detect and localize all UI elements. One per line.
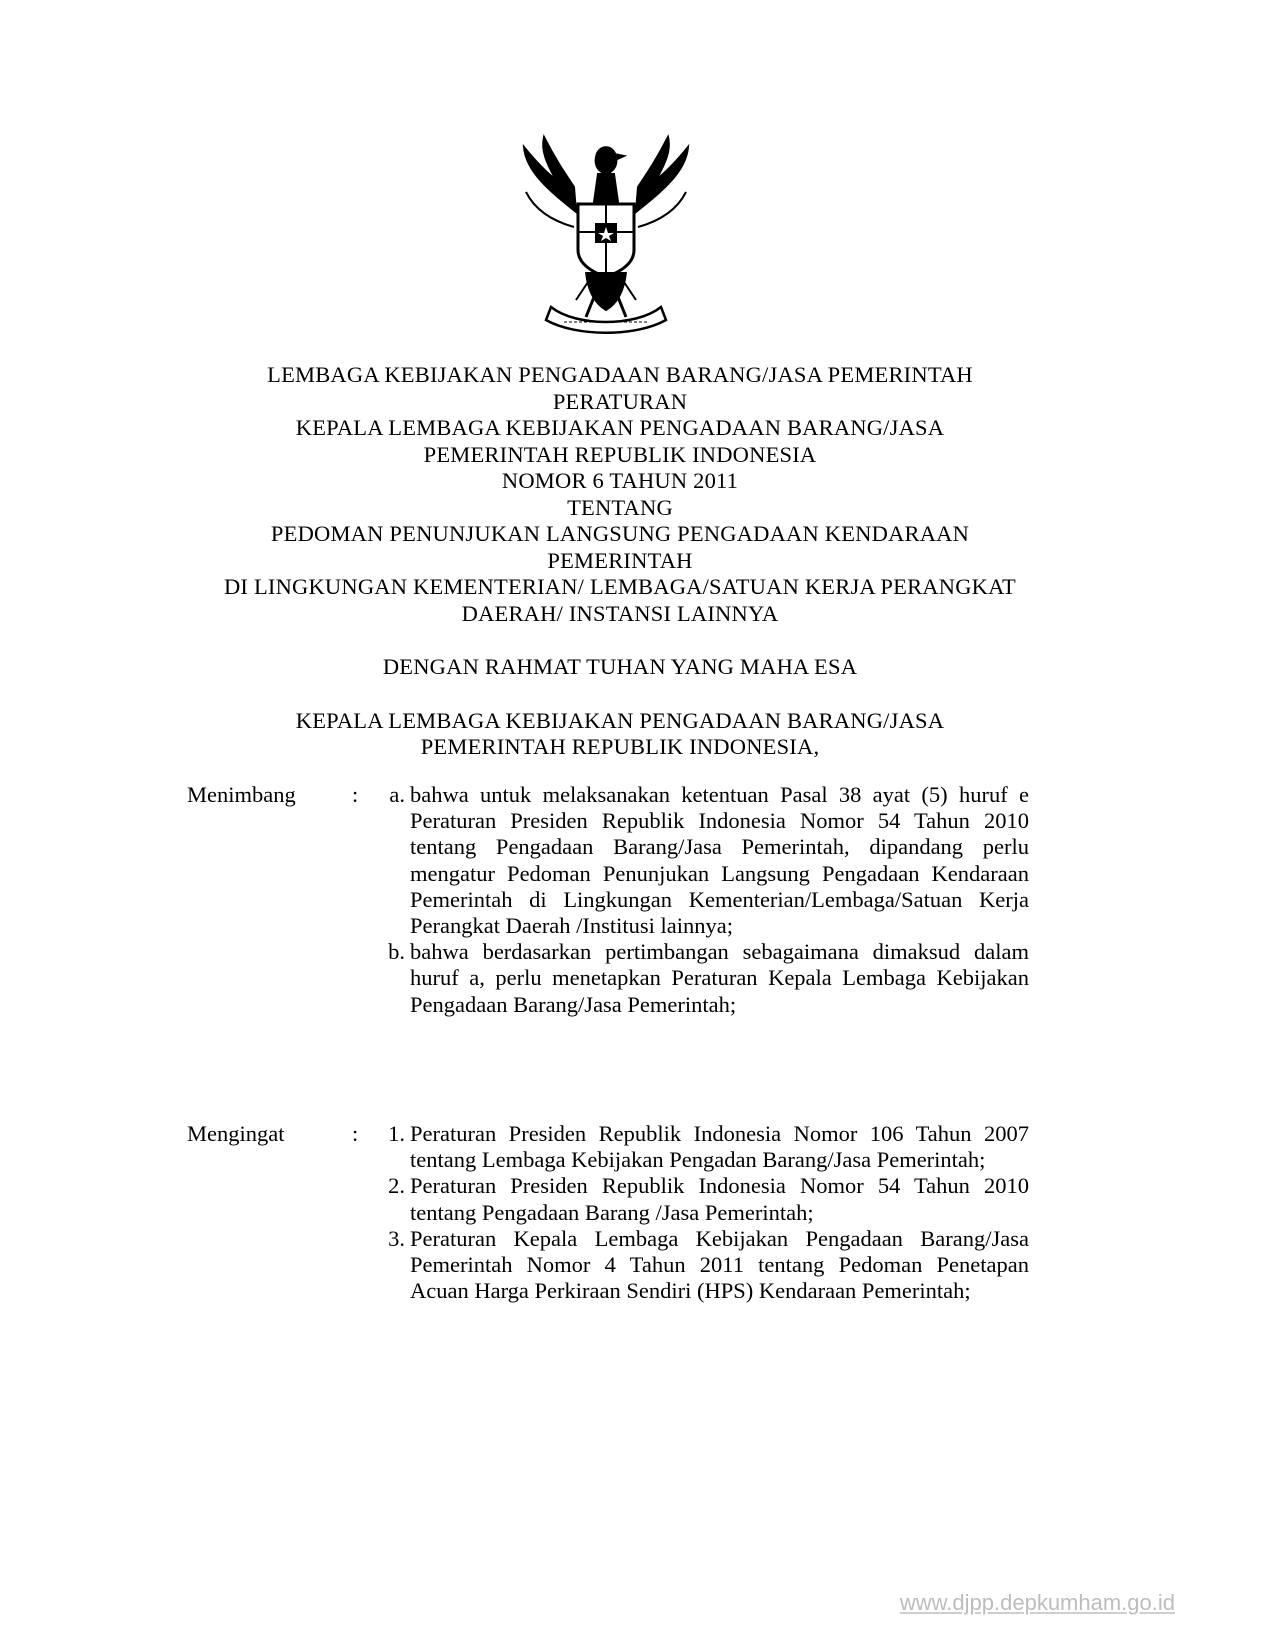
- item-text: Peraturan Presiden Republik Indonesia No…: [405, 1173, 1029, 1225]
- item-marker: 3.: [370, 1226, 405, 1305]
- menimbang-item: b. bahwa berdasarkan pertimbangan sebaga…: [370, 939, 1029, 1018]
- watermark-link[interactable]: www.djpp.depkumham.go.id: [900, 1590, 1175, 1616]
- subject-line-1: PEDOMAN PENUNJUKAN LANGSUNG PENGADAAN KE…: [180, 521, 1060, 548]
- about-label: TENTANG: [180, 495, 1060, 522]
- subject-line-2: PEMERINTAH: [180, 548, 1060, 575]
- item-marker: 1.: [370, 1121, 405, 1173]
- item-marker: b.: [370, 939, 405, 1018]
- item-text: bahwa untuk melaksanakan ketentuan Pasal…: [405, 782, 1029, 939]
- mengingat-colon: :: [352, 1121, 370, 1304]
- item-text: Peraturan Presiden Republik Indonesia No…: [405, 1121, 1029, 1173]
- garuda-emblem-icon: [516, 132, 696, 337]
- item-marker: a.: [370, 782, 405, 939]
- subject-line-3: DI LINGKUNGAN KEMENTERIAN/ LEMBAGA/SATUA…: [180, 574, 1060, 601]
- institution-title: LEMBAGA KEBIJAKAN PENGADAAN BARANG/JASA …: [180, 362, 1060, 389]
- document-header: LEMBAGA KEBIJAKAN PENGADAAN BARANG/JASA …: [180, 362, 1060, 761]
- menimbang-section: Menimbang : a. bahwa untuk melaksanakan …: [187, 782, 1029, 1018]
- menimbang-label: Menimbang: [187, 782, 352, 1018]
- mengingat-section: Mengingat : 1. Peraturan Presiden Republ…: [187, 1121, 1029, 1304]
- issuer-line-1: KEPALA LEMBAGA KEBIJAKAN PENGADAAN BARAN…: [180, 415, 1060, 442]
- item-text: Peraturan Kepala Lembaga Kebijakan Penga…: [405, 1226, 1029, 1305]
- regulation-number: NOMOR 6 TAHUN 2011: [180, 468, 1060, 495]
- menimbang-item: a. bahwa untuk melaksanakan ketentuan Pa…: [370, 782, 1029, 939]
- item-text: bahwa berdasarkan pertimbangan sebagaima…: [405, 939, 1029, 1018]
- mengingat-label: Mengingat: [187, 1121, 352, 1304]
- subject-line-4: DAERAH/ INSTANSI LAINNYA: [180, 601, 1060, 628]
- mengingat-item: 3. Peraturan Kepala Lembaga Kebijakan Pe…: [370, 1226, 1029, 1305]
- invocation: DENGAN RAHMAT TUHAN YANG MAHA ESA: [180, 654, 1060, 681]
- mengingat-item: 2. Peraturan Presiden Republik Indonesia…: [370, 1173, 1029, 1225]
- authority-line-1: KEPALA LEMBAGA KEBIJAKAN PENGADAAN BARAN…: [180, 708, 1060, 735]
- regulation-type: PERATURAN: [180, 389, 1060, 416]
- authority-line-2: PEMERINTAH REPUBLIK INDONESIA,: [180, 734, 1060, 761]
- menimbang-colon: :: [352, 782, 370, 1018]
- mengingat-item: 1. Peraturan Presiden Republik Indonesia…: [370, 1121, 1029, 1173]
- issuer-line-2: PEMERINTAH REPUBLIK INDONESIA: [180, 442, 1060, 469]
- item-marker: 2.: [370, 1173, 405, 1225]
